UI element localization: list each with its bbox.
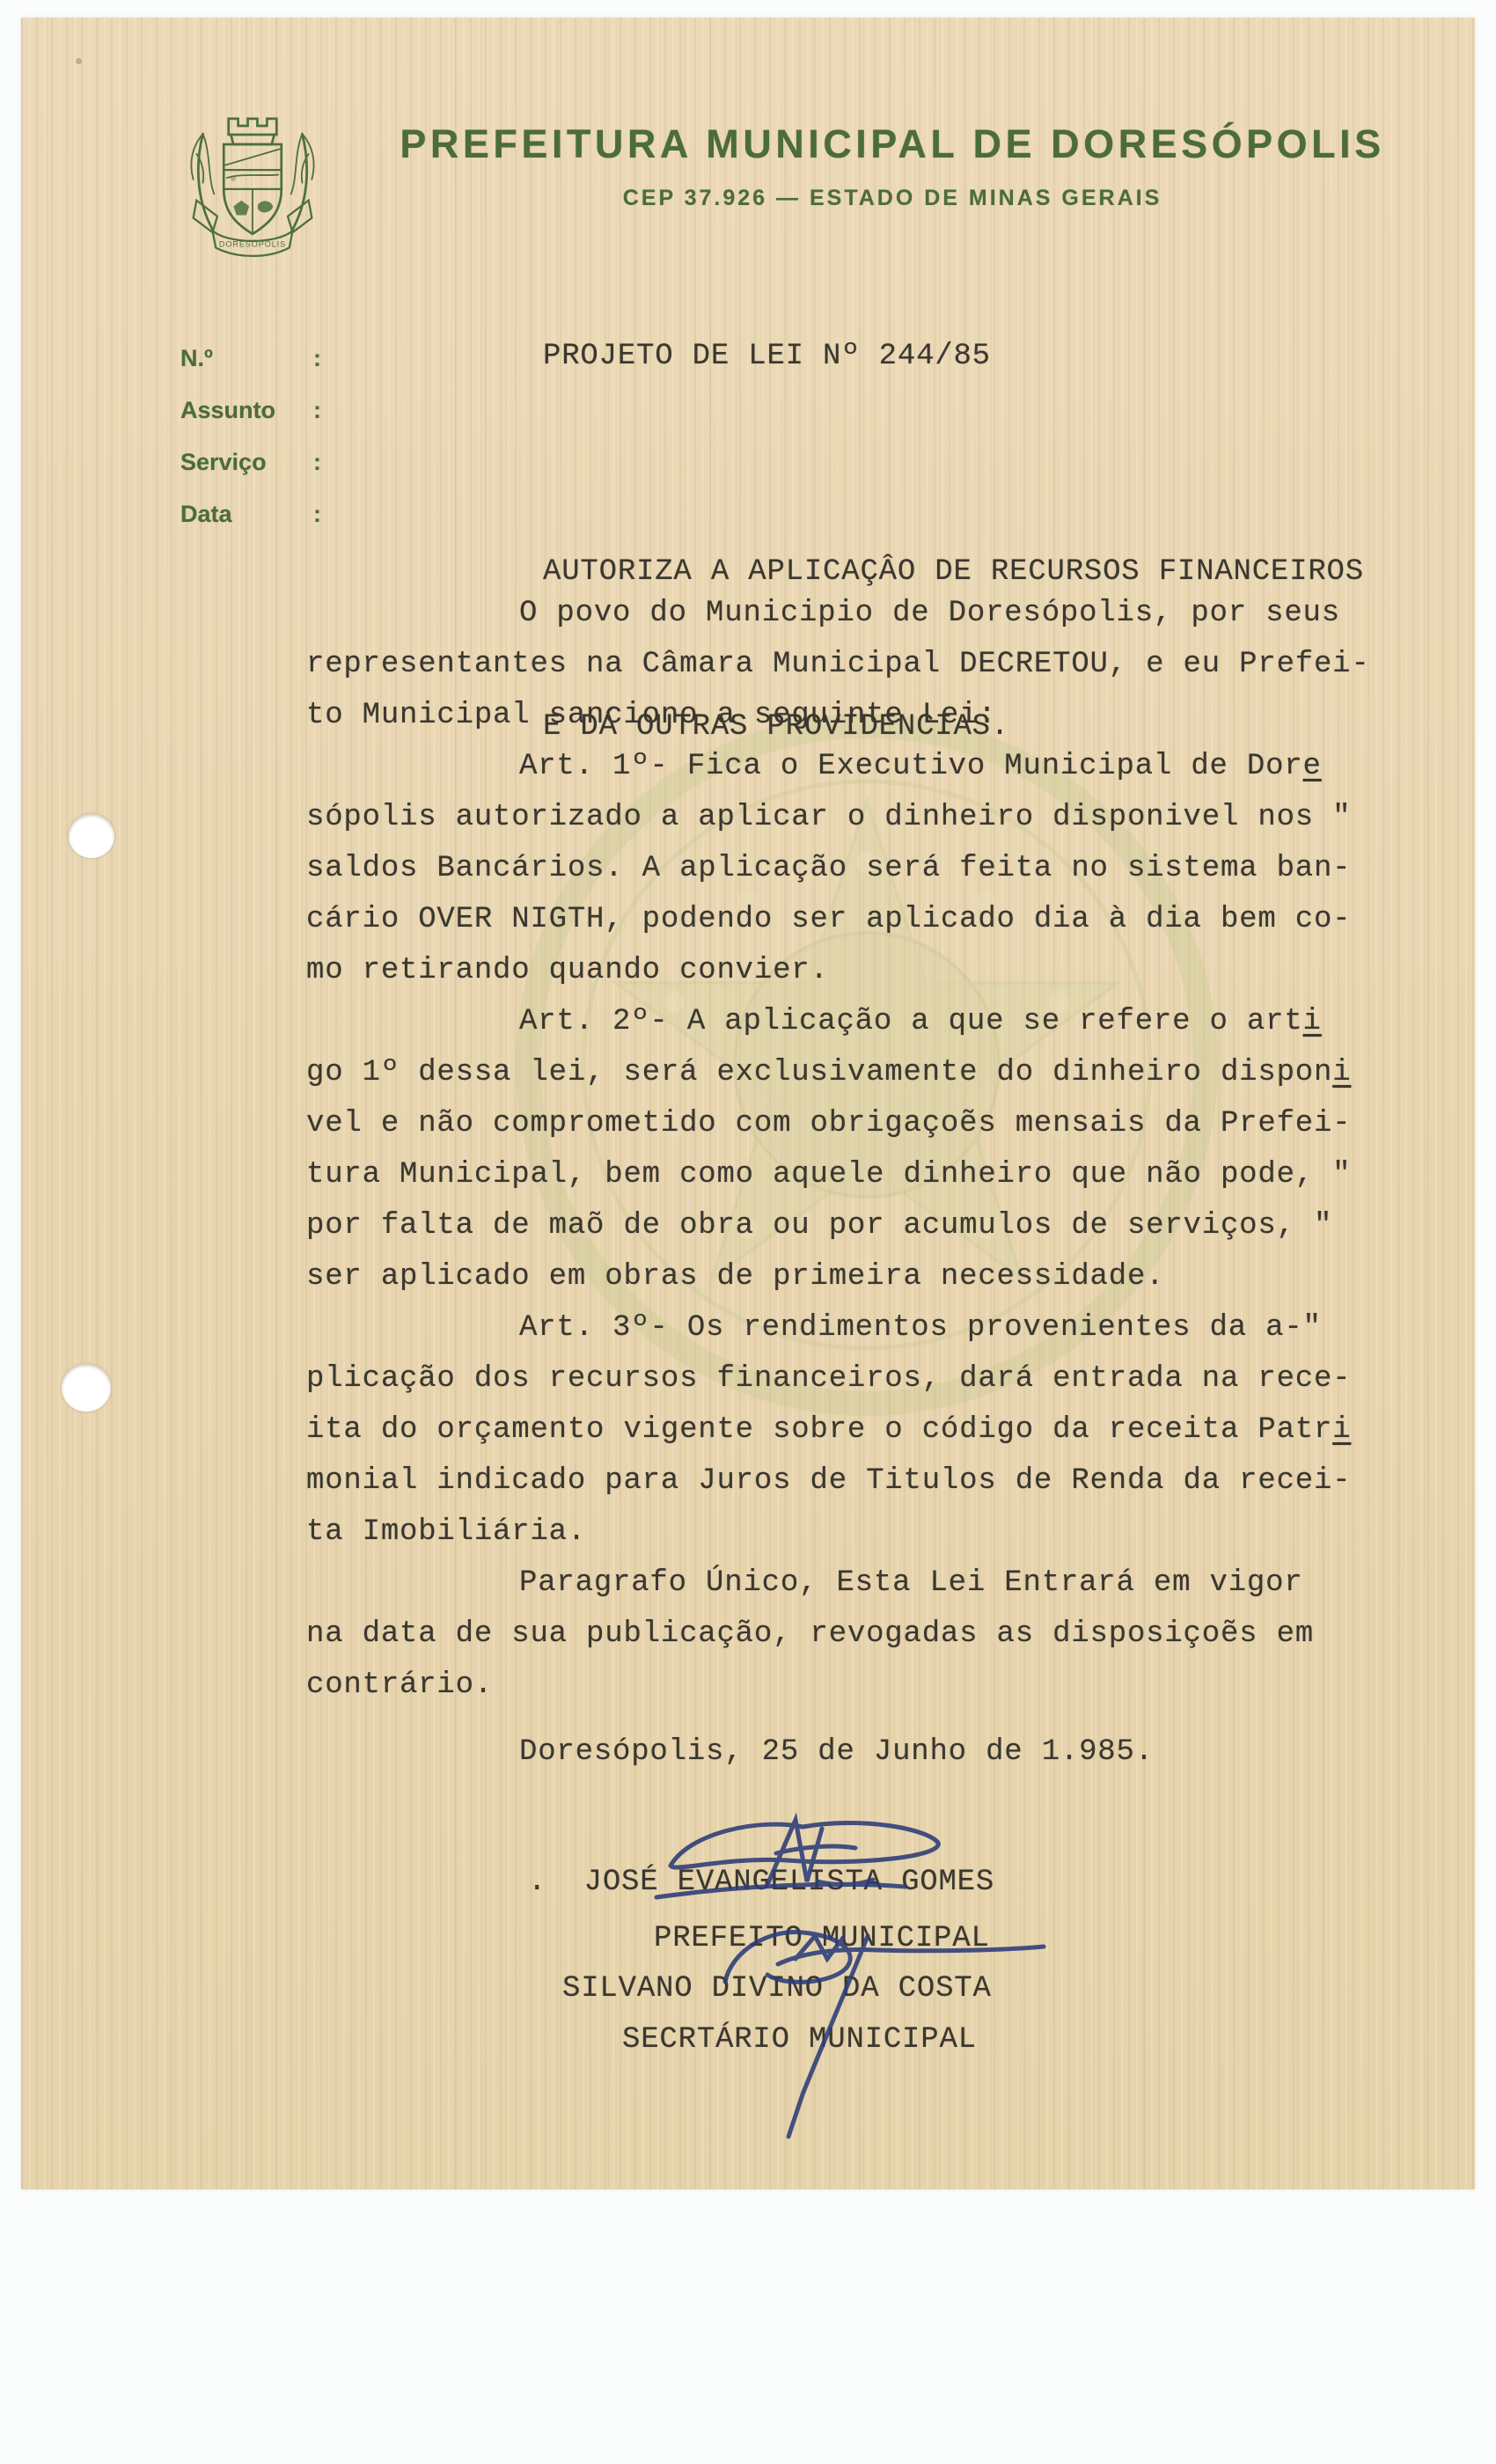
body-line: saldos Bancários. A aplicação será feita…	[306, 843, 1370, 894]
body-line: cário OVER NIGTH, podendo ser aplicado d…	[306, 894, 1370, 945]
signatory-name-secretary: SILVANO DIVINO DA COSTA	[562, 1972, 992, 2006]
form-colon: :	[313, 345, 321, 372]
letterhead-subtitle: CEP 37.926 — ESTADO DE MINAS GERAIS	[369, 186, 1416, 211]
letterhead: PREFEITURA MUNICIPAL DE DORESÓPOLIS CEP …	[369, 121, 1416, 211]
crest-ribbon-label: DORESÓPOLIS	[219, 239, 286, 248]
hole-punch-top	[69, 814, 114, 858]
body-line: na data de sua publicação, revogadas as …	[306, 1609, 1370, 1660]
body-line: O povo do Municipio de Doresópolis, por …	[306, 588, 1370, 639]
hole-punch-bottom	[62, 1364, 111, 1412]
form-label-data: Data	[180, 501, 232, 528]
body-line: mo retirando quando convier.	[306, 945, 1370, 996]
document-number-line: PROJETO DE LEI Nº 244/85	[543, 340, 991, 373]
body-line: ser aplicado em obras de primeira necess…	[306, 1251, 1370, 1302]
form-colon: :	[313, 501, 321, 528]
body-lines: O povo do Municipio de Doresópolis, por …	[306, 588, 1370, 1711]
letterhead-title: PREFEITURA MUNICIPAL DE DORESÓPOLIS	[369, 121, 1416, 167]
underlined-char: i	[1332, 1056, 1351, 1089]
body-line: ta Imobiliária.	[306, 1507, 1370, 1558]
body-line: monial indicado para Juros de Titulos de…	[306, 1456, 1370, 1507]
scanned-document-page: { "header": { "title": "PREFEITURA MUNIC…	[0, 0, 1496, 2464]
signatory-name-mayor: . JOSÉ EVANGELISTA GOMES	[528, 1866, 994, 1899]
body-line: vel e não comprometido com obrigaçoẽs me…	[306, 1098, 1370, 1149]
form-colon: :	[313, 449, 321, 476]
signatory-role-mayor: PREFEITO MUNICIPAL	[654, 1922, 990, 1955]
underlined-char: i	[1332, 1413, 1351, 1447]
form-colon: :	[313, 397, 321, 424]
form-row-assunto: Assunto :	[180, 397, 321, 449]
form-label-block: N.º : Assunto : Serviço : Data :	[180, 345, 321, 553]
paper-speck	[76, 58, 82, 64]
body-line: Art. 3º- Os rendimentos provenientes da …	[306, 1302, 1370, 1353]
body-line: contrário.	[306, 1660, 1370, 1711]
body-line: sópolis autorizado a aplicar o dinheiro …	[306, 792, 1370, 843]
body-line: representantes na Câmara Municipal DECRE…	[306, 639, 1370, 690]
body-line: plicação dos recursos financeiros, dará …	[306, 1353, 1370, 1404]
form-label-numero: N.º	[180, 345, 213, 372]
underlined-char: e	[1303, 750, 1322, 783]
body-line: to Municipal sanciono a seguinte Lei:	[306, 690, 1370, 741]
paper-sheet: DORESÓPOLIS PREFEITURA MUNICIPAL DE DORE…	[21, 18, 1475, 2189]
underlined-char: i	[1303, 1005, 1322, 1038]
form-label-servico: Serviço	[180, 449, 267, 476]
municipal-crest-logo: DORESÓPOLIS	[172, 106, 333, 262]
body-line: go 1º dessa lei, será exclusivamente do …	[306, 1047, 1370, 1098]
form-label-assunto: Assunto	[180, 397, 275, 424]
body-line: tura Municipal, bem como aquele dinheiro…	[306, 1149, 1370, 1200]
signatory-role-secretary: SECRTÁRIO MUNICIPAL	[622, 2023, 977, 2057]
form-row-data: Data :	[180, 501, 321, 553]
form-row-servico: Serviço :	[180, 449, 321, 501]
body-line: Art. 1º- Fica o Executivo Municipal de D…	[306, 741, 1370, 792]
body-line: por falta de maõ de obra ou por acumulos…	[306, 1200, 1370, 1251]
body-line: ita do orçamento vigente sobre o código …	[306, 1404, 1370, 1456]
form-row-numero: N.º :	[180, 345, 321, 397]
date-line: Doresópolis, 25 de Junho de 1.985.	[519, 1735, 1154, 1769]
body-line: Art. 2º- A aplicação a que se refere o a…	[306, 996, 1370, 1047]
body-line: Paragrafo Único, Esta Lei Entrará em vig…	[306, 1558, 1370, 1609]
